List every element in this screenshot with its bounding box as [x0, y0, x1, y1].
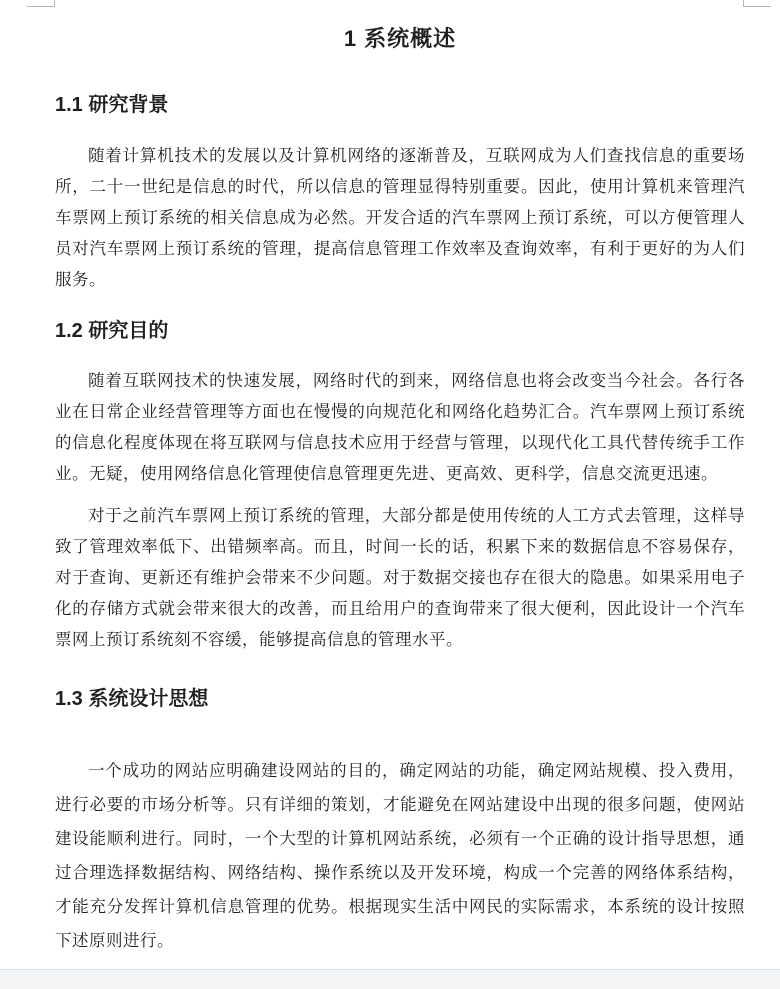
- paragraph-research-purpose-2: 对于之前汽车票网上预订系统的管理，大部分都是使用传统的人工方式去管理，这样导致了…: [55, 500, 745, 655]
- paragraph-design-philosophy: 一个成功的网站应明确建设网站的目的，确定网站的功能，确定网站规模、投入费用，进行…: [55, 754, 745, 958]
- margin-corner-mark-top-left: [27, 0, 55, 7]
- document-content: 1 系统概述 1.1 研究背景 随着计算机技术的发展以及计算机网络的逐渐普及，互…: [55, 0, 745, 958]
- document-page: 1 系统概述 1.1 研究背景 随着计算机技术的发展以及计算机网络的逐渐普及，互…: [0, 0, 780, 989]
- paragraph-research-background: 随着计算机技术的发展以及计算机网络的逐渐普及，互联网成为人们查找信息的重要场所，…: [55, 140, 745, 295]
- margin-corner-mark-top-right: [743, 0, 771, 7]
- section-heading-1-2: 1.2 研究目的: [55, 318, 745, 344]
- bottom-gray-band: [0, 969, 780, 989]
- chapter-title: 1 系统概述: [55, 24, 745, 54]
- section-heading-1-1: 1.1 研究背景: [55, 92, 745, 118]
- paragraph-research-purpose-1: 随着互联网技术的快速发展，网络时代的到来，网络信息也将会改变当今社会。各行各业在…: [55, 365, 745, 489]
- section-heading-1-3: 1.3 系统设计思想: [55, 686, 745, 712]
